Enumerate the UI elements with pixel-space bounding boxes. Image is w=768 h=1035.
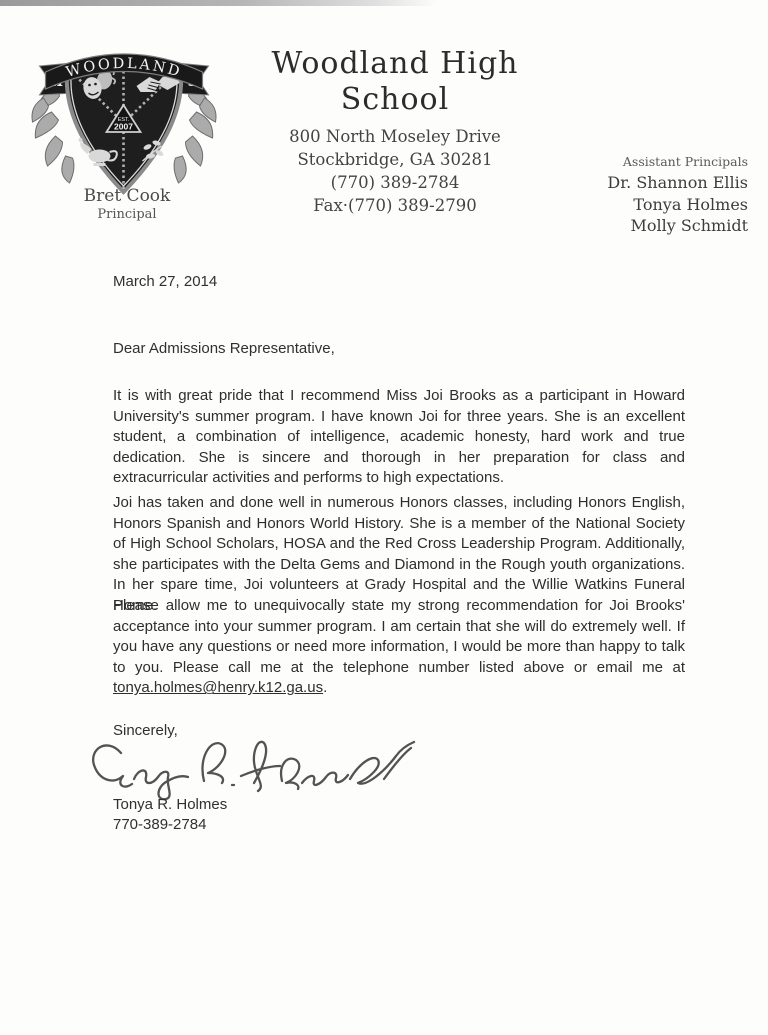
letter-date: March 27, 2014: [113, 273, 217, 290]
paragraph-3-text: Please allow me to unequivocally state m…: [113, 597, 685, 676]
paragraph-3: Please allow me to unequivocally state m…: [113, 596, 685, 699]
school-fax: Fax·(770) 389-2790: [228, 194, 562, 217]
principal-title: Principal: [58, 206, 196, 224]
assistant-principal-name: Molly Schmidt: [528, 215, 748, 237]
assistant-principal-name: Dr. Shannon Ellis: [528, 172, 748, 194]
address-line-2: Stockbridge, GA 30281: [228, 148, 562, 171]
principal-block: Bret Cook Principal: [58, 186, 196, 224]
handwritten-signature-icon: [85, 733, 420, 801]
scanned-letter-page: H S EST. 20: [0, 0, 768, 1035]
crest-est-year: 2007: [114, 122, 133, 132]
signer-block: Tonya R. Holmes 770-389-2784: [113, 795, 227, 834]
address-line-1: 800 North Moseley Drive: [228, 125, 562, 148]
assistant-principals-title: Assistant Principals: [528, 154, 748, 170]
school-crest: H S EST. 20: [20, 26, 228, 204]
email-address: tonya.holmes@henry.k12.ga.us: [113, 679, 323, 696]
signer-name: Tonya R. Holmes: [113, 795, 227, 815]
paragraph-1: It is with great pride that I recommend …: [113, 386, 685, 489]
paragraph-3-period: .: [323, 679, 327, 696]
principal-name: Bret Cook: [58, 186, 196, 206]
assistant-principals-block: Assistant Principals Dr. Shannon Ellis T…: [528, 154, 748, 237]
signer-phone: 770-389-2784: [113, 815, 227, 835]
school-phone: (770) 389-2784: [228, 171, 562, 194]
letterhead: Woodland High School 800 North Moseley D…: [228, 46, 562, 217]
assistant-principal-name: Tonya Holmes: [528, 194, 748, 216]
salutation: Dear Admissions Representative,: [113, 340, 335, 357]
school-name: Woodland High School: [228, 46, 562, 118]
scan-edge-artifact: [0, 0, 438, 6]
